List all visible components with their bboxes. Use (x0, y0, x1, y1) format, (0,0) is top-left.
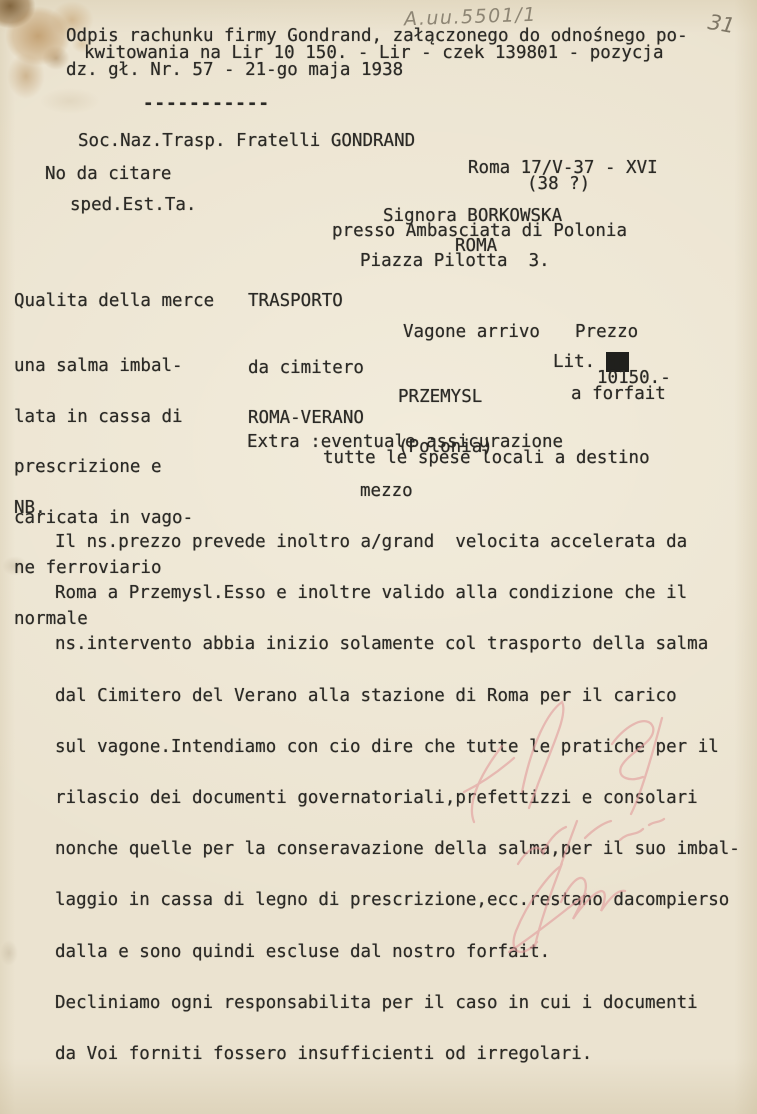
page-number-annotation: 31 (706, 10, 736, 38)
nb-label: NB. (14, 500, 46, 517)
column-header-prezzo: Prezzo (575, 324, 638, 341)
paper-smudge (40, 88, 100, 114)
nb-line: Il ns.prezzo prevede inoltro a/grand vel… (55, 534, 740, 551)
nb-line: rilascio dei documenti governatoriali,pr… (55, 790, 740, 807)
divider-dashes: ----------- (143, 96, 270, 113)
nb-line: Roma a Przemysl.Esso e inoltre valido al… (55, 585, 740, 602)
scanned-document-page: A.uu.5501/1 31 Odpis rachunku firmy Gond… (0, 0, 757, 1114)
trasporto-line: da cimitero (248, 360, 364, 376)
merce-line: lata in cassa di (14, 409, 193, 426)
nb-line: Decliniamo ogni responsabilita per il ca… (55, 995, 740, 1012)
extra-line-2: tutte le spese locali a destino (323, 450, 650, 467)
column-header-merce: Qualita della merce (14, 293, 214, 310)
no-da-citare: No da citare (45, 166, 171, 183)
nb-line: ns.intervento abbia inizio solamente col… (55, 636, 740, 653)
currency-label: Lit. (553, 352, 595, 372)
reference-code: sped.Est.Ta. (70, 197, 196, 214)
nb-line: dalla e sono quindi escluse dal nostro f… (55, 944, 740, 961)
nb-insertion-mezzo: mezzo (360, 483, 413, 500)
column-header-vagone: Vagone arrivo (403, 324, 540, 341)
nb-paragraph: Il ns.prezzo prevede inoltro a/grand vel… (55, 500, 740, 1097)
nb-line: dal Cimitero del Verano alla stazione di… (55, 688, 740, 705)
nb-line: da Voi forniti fossero insufficienti od … (55, 1046, 740, 1063)
header-note-line-3: dz. gł. Nr. 57 - 21-go maja 1938 (66, 62, 403, 79)
recipient-street: Piazza Pilotta 3. (360, 253, 550, 270)
vagone-line: PRZEMYSL (398, 389, 493, 405)
trasporto-line: ROMA-VERANO (248, 410, 364, 426)
nb-line: nonche quelle per la conseravazione dell… (55, 841, 740, 858)
column-header-trasporto: TRASPORTO (248, 293, 343, 310)
date-note: (38 ?) (527, 176, 590, 193)
paper-smudge (0, 940, 18, 966)
merce-line: una salma imbal- (14, 358, 193, 375)
nb-line: laggio in cassa di legno di prescrizione… (55, 892, 740, 909)
merce-line: prescrizione e (14, 459, 193, 476)
price-note: a forfait (571, 386, 666, 403)
nb-line: sul vagone.Intendiamo con cio dire che t… (55, 739, 740, 756)
company-name: Soc.Naz.Trasp. Fratelli GONDRAND (78, 133, 415, 150)
vagone-destination: PRZEMYSL (Polonia) (398, 355, 493, 489)
